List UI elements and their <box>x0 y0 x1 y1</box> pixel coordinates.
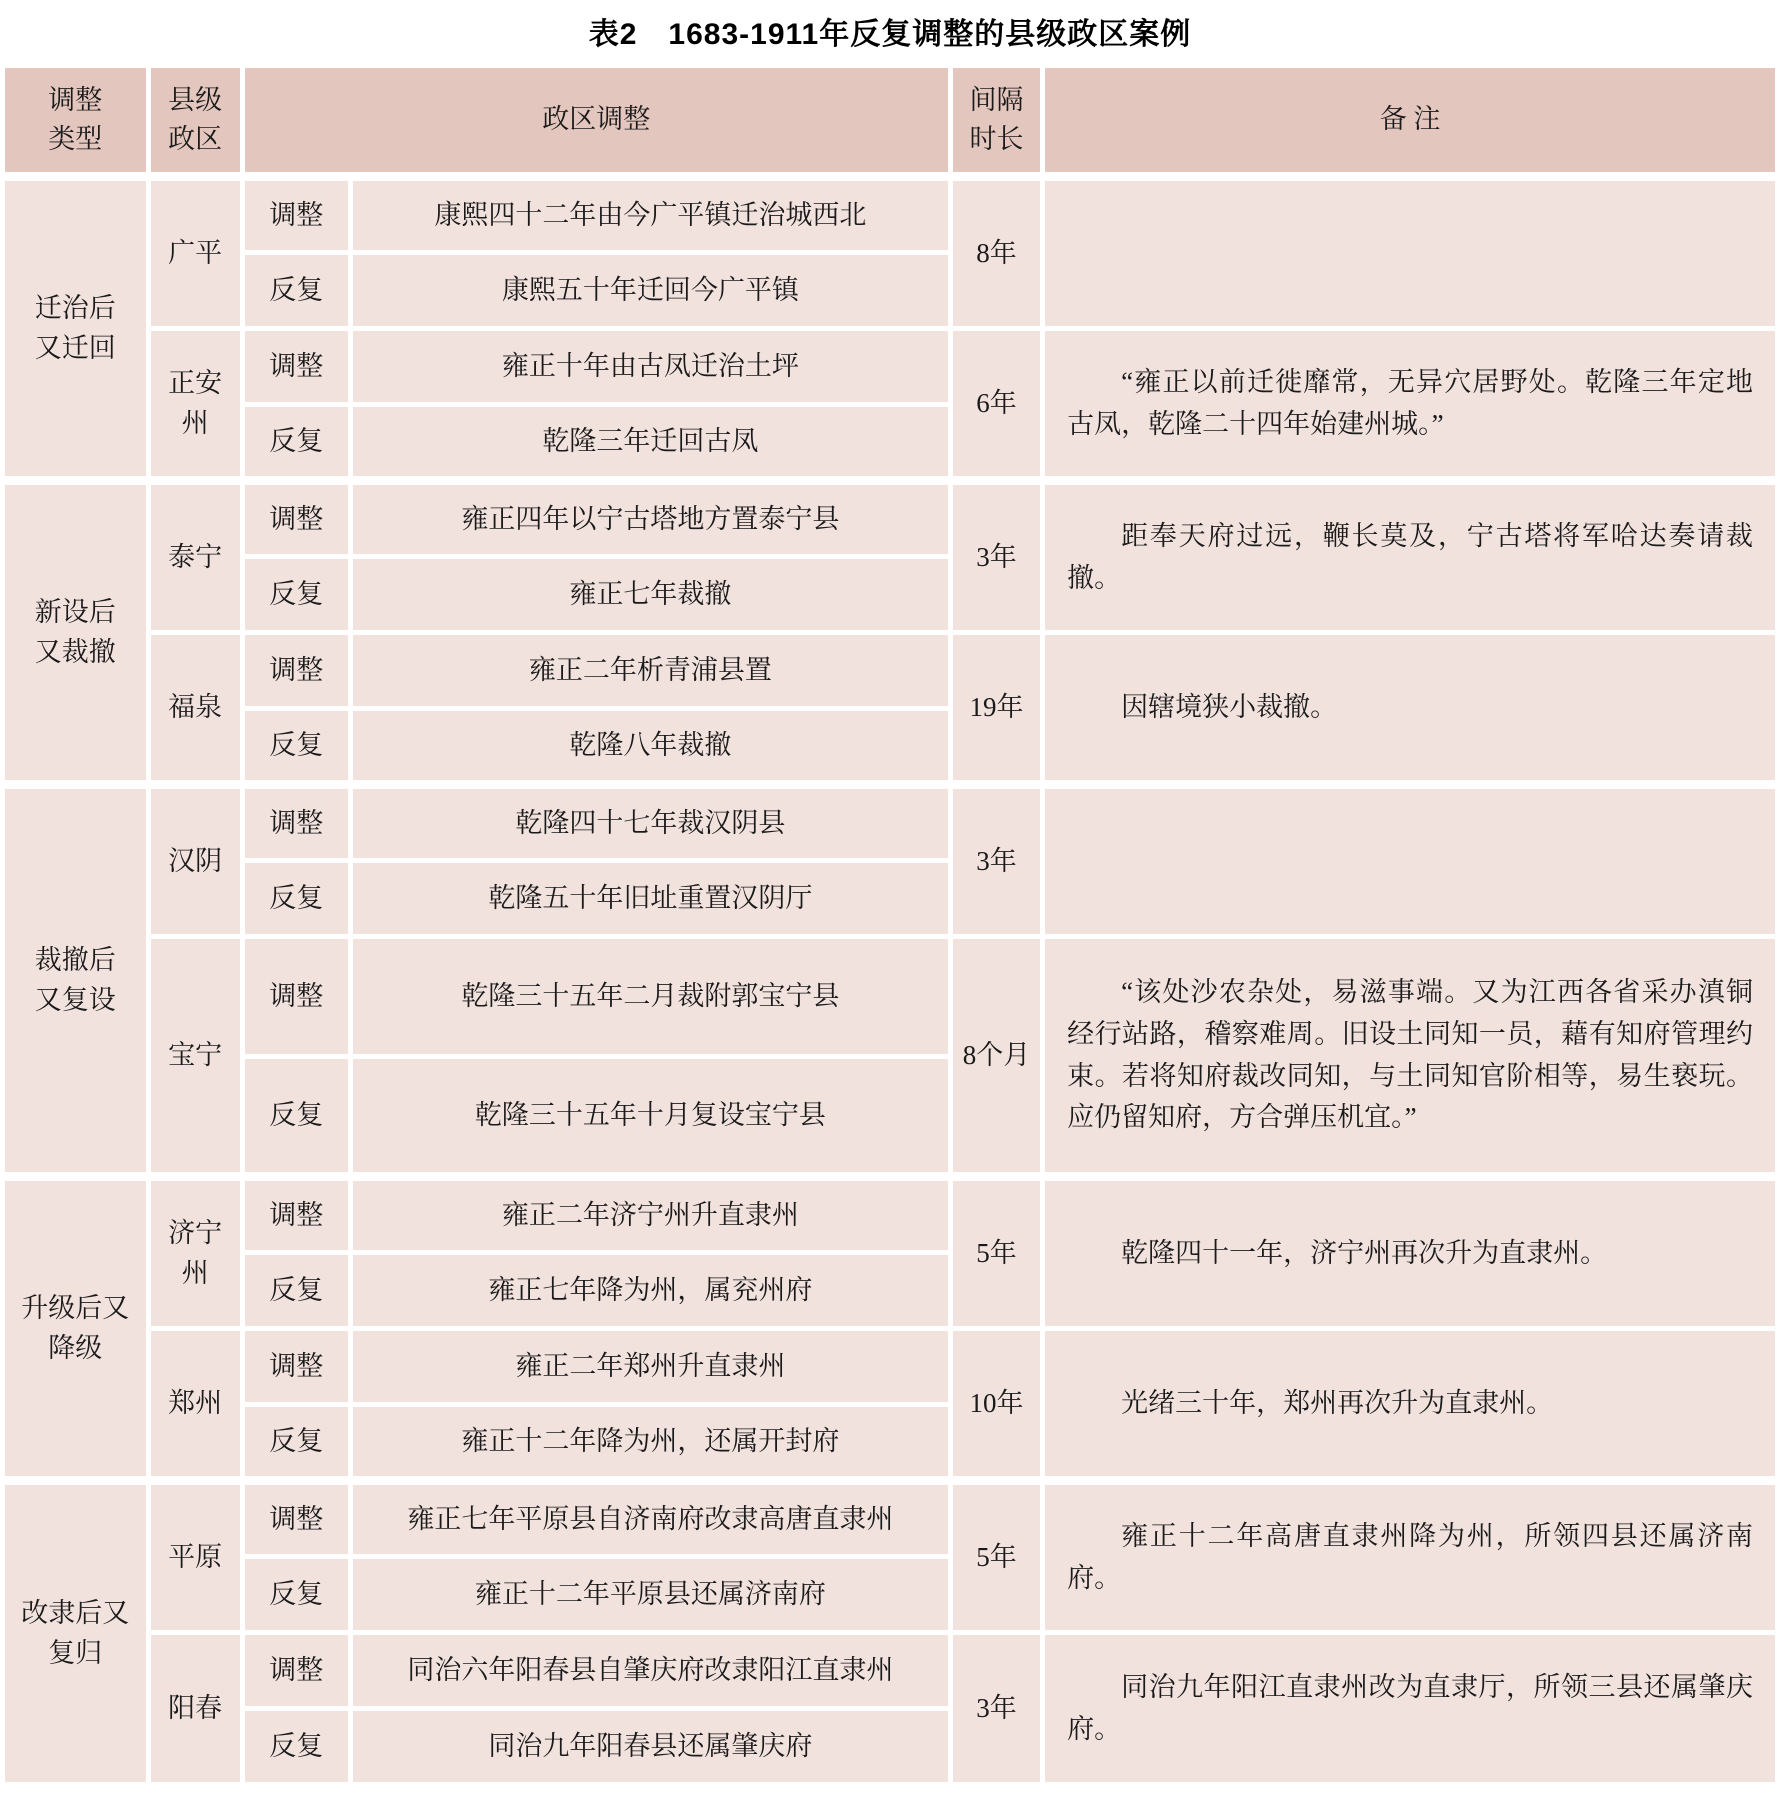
cell-county: 福泉 <box>148 633 242 785</box>
table-row: 阳春 调整 同治六年阳春县自肇庆府改隶阳江直隶州 3年 同治九年阳江直隶州改为直… <box>3 1633 1778 1709</box>
header-row: 调整 类型 县级 政区 政区调整 间隔 时长 备 注 <box>3 66 1778 177</box>
cell-op-label: 反复 <box>242 557 350 633</box>
cell-revert-text: 同治九年阳春县还属肇庆府 <box>350 1709 950 1785</box>
cell-op-label: 调整 <box>242 329 350 405</box>
cell-note <box>1043 177 1778 329</box>
cell-interval: 3年 <box>950 481 1042 633</box>
cell-county: 平原 <box>148 1481 242 1633</box>
cell-revert-text: 雍正十二年降为州，还属开封府 <box>350 1405 950 1481</box>
admin-division-table: 调整 类型 县级 政区 政区调整 间隔 时长 备 注 迁治后 又迁回 广平 调整… <box>0 63 1780 1787</box>
cell-adjust-type: 改隶后又 复归 <box>3 1481 149 1785</box>
cell-note: 距奉天府过远，鞭长莫及，宁古塔将军哈达奏请裁撤。 <box>1043 481 1778 633</box>
cell-note <box>1043 785 1778 937</box>
cell-revert-text: 雍正七年裁撤 <box>350 557 950 633</box>
cell-op-label: 反复 <box>242 1057 350 1177</box>
table-row: 迁治后 又迁回 广平 调整 康熙四十二年由今广平镇迁治城西北 8年 <box>3 177 1778 253</box>
table-row: 裁撤后 又复设 汉阴 调整 乾隆四十七年裁汉阴县 3年 <box>3 785 1778 861</box>
cell-op-label: 调整 <box>242 937 350 1057</box>
cell-adjust-text: 雍正四年以宁古塔地方置泰宁县 <box>350 481 950 557</box>
cell-county: 阳春 <box>148 1633 242 1785</box>
document-page: 表2 1683-1911年反复调整的县级政区案例 调整 类型 县级 政区 政区调… <box>0 0 1780 1787</box>
table-row: 郑州 调整 雍正二年郑州升直隶州 10年 光绪三十年，郑州再次升为直隶州。 <box>3 1329 1778 1405</box>
cell-interval: 8个月 <box>950 937 1042 1177</box>
cell-revert-text: 乾隆八年裁撤 <box>350 709 950 785</box>
cell-county: 泰宁 <box>148 481 242 633</box>
cell-op-label: 反复 <box>242 709 350 785</box>
cell-note: 因辖境狭小裁撤。 <box>1043 633 1778 785</box>
cell-op-label: 调整 <box>242 1633 350 1709</box>
cell-revert-text: 乾隆三十五年十月复设宝宁县 <box>350 1057 950 1177</box>
cell-op-label: 反复 <box>242 861 350 937</box>
cell-op-label: 调整 <box>242 177 350 253</box>
cell-interval: 10年 <box>950 1329 1042 1481</box>
cell-interval: 3年 <box>950 785 1042 937</box>
cell-op-label: 反复 <box>242 1709 350 1785</box>
cell-revert-text: 乾隆五十年旧址重置汉阴厅 <box>350 861 950 937</box>
table-row: 正安 州 调整 雍正十年由古凤迁治土坪 6年 “雍正以前迁徙靡常，无异穴居野处。… <box>3 329 1778 405</box>
cell-interval: 19年 <box>950 633 1042 785</box>
cell-interval: 5年 <box>950 1481 1042 1633</box>
cell-op-label: 调整 <box>242 481 350 557</box>
cell-adjust-text: 乾隆四十七年裁汉阴县 <box>350 785 950 861</box>
cell-adjust-text: 雍正七年平原县自济南府改隶高唐直隶州 <box>350 1481 950 1557</box>
column-header-note: 备 注 <box>1043 66 1778 177</box>
column-header-county: 县级 政区 <box>148 66 242 177</box>
cell-op-label: 调整 <box>242 633 350 709</box>
cell-adjust-text: 雍正十年由古凤迁治土坪 <box>350 329 950 405</box>
cell-county: 广平 <box>148 177 242 329</box>
cell-adjust-type: 新设后 又裁撤 <box>3 481 149 785</box>
cell-adjust-type: 裁撤后 又复设 <box>3 785 149 1177</box>
cell-op-label: 调整 <box>242 1481 350 1557</box>
cell-op-label: 调整 <box>242 785 350 861</box>
column-header-interval: 间隔 时长 <box>950 66 1042 177</box>
cell-county: 汉阴 <box>148 785 242 937</box>
cell-note: 光绪三十年，郑州再次升为直隶州。 <box>1043 1329 1778 1481</box>
cell-adjust-text: 乾隆三十五年二月裁附郭宝宁县 <box>350 937 950 1057</box>
cell-adjust-text: 雍正二年郑州升直隶州 <box>350 1329 950 1405</box>
cell-adjust-text: 康熙四十二年由今广平镇迁治城西北 <box>350 177 950 253</box>
column-header-adjustment: 政区调整 <box>242 66 950 177</box>
cell-note: 乾隆四十一年，济宁州再次升为直隶州。 <box>1043 1177 1778 1329</box>
cell-adjust-type: 升级后又 降级 <box>3 1177 149 1481</box>
cell-op-label: 反复 <box>242 405 350 481</box>
cell-op-label: 调整 <box>242 1329 350 1405</box>
cell-revert-text: 乾隆三年迁回古凤 <box>350 405 950 481</box>
cell-adjust-type: 迁治后 又迁回 <box>3 177 149 481</box>
cell-county: 济宁 州 <box>148 1177 242 1329</box>
cell-interval: 8年 <box>950 177 1042 329</box>
table-row: 改隶后又 复归 平原 调整 雍正七年平原县自济南府改隶高唐直隶州 5年 雍正十二… <box>3 1481 1778 1557</box>
cell-op-label: 反复 <box>242 1557 350 1633</box>
cell-op-label: 反复 <box>242 1405 350 1481</box>
cell-county: 正安 州 <box>148 329 242 481</box>
cell-op-label: 调整 <box>242 1177 350 1253</box>
cell-county: 郑州 <box>148 1329 242 1481</box>
cell-county: 宝宁 <box>148 937 242 1177</box>
cell-interval: 5年 <box>950 1177 1042 1329</box>
cell-revert-text: 雍正七年降为州，属兖州府 <box>350 1253 950 1329</box>
table-row: 宝宁 调整 乾隆三十五年二月裁附郭宝宁县 8个月 “该处沙农杂处，易滋事端。又为… <box>3 937 1778 1057</box>
cell-adjust-text: 同治六年阳春县自肇庆府改隶阳江直隶州 <box>350 1633 950 1709</box>
cell-adjust-text: 雍正二年济宁州升直隶州 <box>350 1177 950 1253</box>
cell-interval: 6年 <box>950 329 1042 481</box>
cell-note: “该处沙农杂处，易滋事端。又为江西各省采办滇铜经行站路，稽察难周。旧设土同知一员… <box>1043 937 1778 1177</box>
cell-note: “雍正以前迁徙靡常，无异穴居野处。乾隆三年定地古凤，乾隆二十四年始建州城。” <box>1043 329 1778 481</box>
cell-adjust-text: 雍正二年析青浦县置 <box>350 633 950 709</box>
table-title: 表2 1683-1911年反复调整的县级政区案例 <box>0 0 1780 63</box>
cell-op-label: 反复 <box>242 253 350 329</box>
cell-note: 雍正十二年高唐直隶州降为州，所领四县还属济南府。 <box>1043 1481 1778 1633</box>
table-row: 新设后 又裁撤 泰宁 调整 雍正四年以宁古塔地方置泰宁县 3年 距奉天府过远，鞭… <box>3 481 1778 557</box>
cell-op-label: 反复 <box>242 1253 350 1329</box>
cell-revert-text: 康熙五十年迁回今广平镇 <box>350 253 950 329</box>
column-header-type: 调整 类型 <box>3 66 149 177</box>
cell-note: 同治九年阳江直隶州改为直隶厅，所领三县还属肇庆府。 <box>1043 1633 1778 1785</box>
cell-revert-text: 雍正十二年平原县还属济南府 <box>350 1557 950 1633</box>
table-row: 升级后又 降级 济宁 州 调整 雍正二年济宁州升直隶州 5年 乾隆四十一年，济宁… <box>3 1177 1778 1253</box>
table-row: 福泉 调整 雍正二年析青浦县置 19年 因辖境狭小裁撤。 <box>3 633 1778 709</box>
cell-interval: 3年 <box>950 1633 1042 1785</box>
